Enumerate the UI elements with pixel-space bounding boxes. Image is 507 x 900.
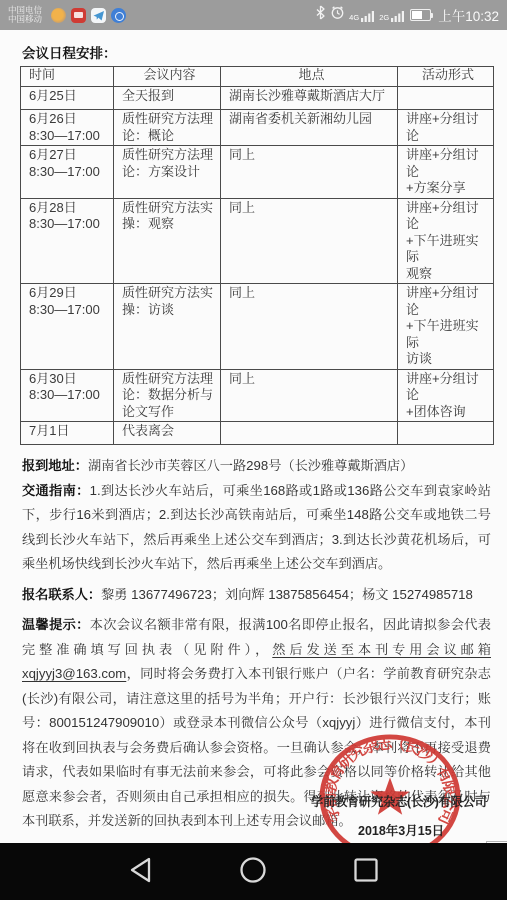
cell-form (398, 422, 494, 445)
recents-button[interactable] (353, 857, 379, 886)
sim2-network-label: 2G (379, 14, 389, 22)
weather-sun-icon (51, 8, 66, 23)
signature-date: 2018年3月15日 (358, 821, 444, 839)
paper-plane-notification-icon (91, 8, 106, 23)
blue-circle-notification-icon (111, 8, 126, 23)
sim2-signal-icon: 2G (379, 9, 405, 22)
cell-location: 湖南省委机关新湘幼儿园 (221, 110, 398, 146)
cell-time: 6月27日 8:30—17:00 (21, 146, 114, 199)
document-page[interactable]: 会议日程安排： 时间 会议内容 地点 活动形式 6月25日 全天报到 湖南长沙雅… (0, 30, 507, 843)
status-bar-left: 中国电信 中国移动 (8, 6, 126, 25)
bluetooth-icon (315, 5, 326, 25)
cell-content: 质性研究方法理论：数据分析与论文写作 (114, 369, 221, 422)
cell-content: 质性研究方法实操：观察 (114, 198, 221, 284)
contacts-text: 黎勇 13677496723；刘向辉 13875856454；杨文 152749… (101, 587, 473, 602)
cell-content: 质性研究方法理论：概论 (114, 110, 221, 146)
battery-icon (410, 9, 431, 21)
cell-location (221, 422, 398, 445)
sim1-signal-icon: 4G (349, 9, 375, 22)
transport-text: 1.到达长沙火车站后，可乘坐168路或1路或136路公交车到袁家岭站下，步行16… (22, 483, 491, 572)
transport-label: 交通指南： (22, 483, 90, 498)
cell-location: 同上 (221, 369, 398, 422)
table-row: 6月25日 全天报到 湖南长沙雅尊戴斯酒店大厅 (21, 87, 494, 110)
cell-content: 代表离会 (114, 422, 221, 445)
alarm-clock-icon (330, 5, 345, 25)
home-button[interactable] (239, 856, 267, 887)
table-row: 6月26日 8:30—17:00 质性研究方法理论：概论 湖南省委机关新湘幼儿园… (21, 110, 494, 146)
col-header-time: 时间 (21, 67, 114, 87)
back-button[interactable] (129, 856, 153, 887)
table-row: 6月29日 8:30—17:00 质性研究方法实操：访谈 同上 讲座+分组讨论 … (21, 284, 494, 370)
address-text: 湖南省长沙市芙蓉区八一路298号（长沙雅尊戴斯酒店） (88, 458, 413, 473)
cell-location: 湖南长沙雅尊戴斯酒店大厅 (221, 87, 398, 110)
home-circle-icon (239, 856, 267, 887)
cell-time: 6月26日 8:30—17:00 (21, 110, 114, 146)
table-row: 6月27日 8:30—17:00 质性研究方法理论：方案设计 同上 讲座+分组讨… (21, 146, 494, 199)
transport-paragraph: 交通指南：1.到达长沙火车站后，可乘坐168路或1路或136路公交车到袁家岭站下… (22, 479, 491, 577)
cell-form (398, 87, 494, 110)
schedule-table: 时间 会议内容 地点 活动形式 6月25日 全天报到 湖南长沙雅尊戴斯酒店大厅 … (20, 66, 494, 445)
table-row: 6月28日 8:30—17:00 质性研究方法实操：观察 同上 讲座+分组讨论 … (21, 198, 494, 284)
col-header-form: 活动形式 (398, 67, 494, 87)
cell-form: 讲座+分组讨论 (398, 110, 494, 146)
table-row: 6月30日 8:30—17:00 质性研究方法理论：数据分析与论文写作 同上 讲… (21, 369, 494, 422)
cell-form: 讲座+分组讨论 +下午进班实际 观察 (398, 198, 494, 284)
cell-time: 7月1日 (21, 422, 114, 445)
status-bar-right: 4G 2G 上午10:32 (315, 5, 499, 25)
carrier-name-2: 中国移动 (8, 15, 42, 25)
cell-location: 同上 (221, 146, 398, 199)
carrier-labels: 中国电信 中国移动 (8, 6, 42, 25)
contacts-label: 报名联系人： (22, 587, 101, 602)
cell-time: 6月30日 8:30—17:00 (21, 369, 114, 422)
cell-form: 讲座+分组讨论 +团体咨询 (398, 369, 494, 422)
status-bar: 中国电信 中国移动 4G (0, 0, 507, 30)
back-icon (129, 856, 153, 887)
schedule-title: 会议日程安排： (22, 42, 507, 62)
notice-label: 温馨提示： (22, 617, 90, 632)
sim1-network-label: 4G (349, 14, 359, 22)
cell-location: 同上 (221, 198, 398, 284)
address-line: 报到地址：湖南省长沙市芙蓉区八一路298号（长沙雅尊戴斯酒店） (22, 454, 491, 479)
cell-content: 质性研究方法理论：方案设计 (114, 146, 221, 199)
contacts-line: 报名联系人：黎勇 13677496723；刘向辉 13875856454；杨文 … (22, 583, 491, 608)
recents-square-icon (353, 857, 379, 886)
phone-screen: 中国电信 中国移动 4G (0, 0, 507, 900)
address-label: 报到地址： (22, 458, 88, 473)
cell-form: 讲座+分组讨论 +方案分享 (398, 146, 494, 199)
red-app-notification-icon (71, 8, 86, 23)
signature-company: 学前教育研究杂志(长沙)有限公司 (311, 792, 491, 810)
cell-time: 6月29日 8:30—17:00 (21, 284, 114, 370)
cell-time: 6月25日 (21, 87, 114, 110)
col-header-content: 会议内容 (114, 67, 221, 87)
cell-location: 同上 (221, 284, 398, 370)
table-row: 7月1日 代表离会 (21, 422, 494, 445)
cell-form: 讲座+分组讨论 +下午进班实际 访谈 (398, 284, 494, 370)
table-header-row: 时间 会议内容 地点 活动形式 (21, 67, 494, 87)
cell-content: 质性研究方法实操：访谈 (114, 284, 221, 370)
status-bar-time: 上午10:32 (438, 5, 499, 25)
cell-content: 全天报到 (114, 87, 221, 110)
col-header-location: 地点 (221, 67, 398, 87)
navigation-bar (0, 843, 507, 900)
cell-time: 6月28日 8:30—17:00 (21, 198, 114, 284)
